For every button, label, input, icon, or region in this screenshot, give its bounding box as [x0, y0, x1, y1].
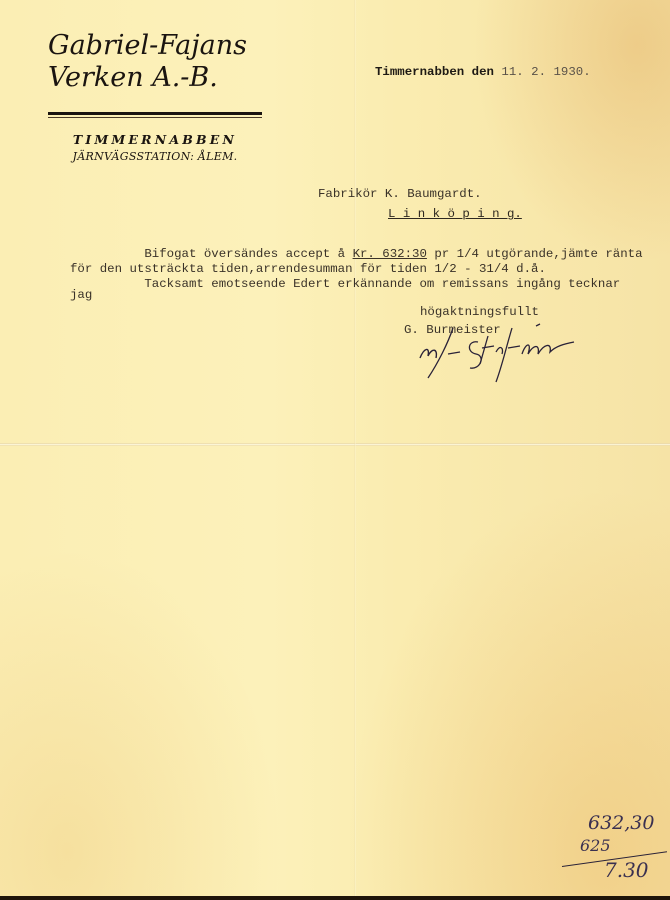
- dateline-place: Timmernabben den: [375, 65, 494, 79]
- letterhead-rule: [48, 112, 262, 115]
- recipient-name: Fabrikör K. Baumgardt.: [318, 187, 482, 201]
- letterhead-station: JÄRNVÄGSSTATION: ÅLEM.: [48, 150, 262, 163]
- dateline-date: 11. 2. 1930.: [501, 65, 590, 79]
- company-letterhead: Gabriel-Fajans Verken A.-B.: [48, 30, 268, 94]
- horizontal-fold-crease: [0, 443, 670, 446]
- accept-amount: Kr. 632:30: [353, 247, 427, 261]
- vertical-fold-crease: [354, 0, 356, 896]
- paper-bottom-edge: [0, 896, 670, 900]
- company-name-line2: Verken A.-B.: [48, 62, 268, 94]
- letterhead-rule-thin: [48, 117, 262, 118]
- body-line-3: Tacksamt emotseende Edert erkännande om …: [70, 277, 620, 291]
- recipient-city: L i n k ö p i n g.: [388, 207, 522, 221]
- body-line-1: Bifogat översändes accept å Kr. 632:30 p…: [70, 247, 643, 261]
- body-line-1-text: Bifogat översändes accept å: [70, 247, 353, 261]
- body-line-1-rest: pr 1/4 utgörande,jämte ränta: [427, 247, 643, 261]
- body-line-2: för den utsträckta tiden,arrendesumman f…: [70, 262, 546, 276]
- closing-salutation: högaktningsfullt: [420, 305, 539, 319]
- company-name-line1: Gabriel-Fajans: [48, 30, 268, 62]
- dateline: Timmernabben den 11. 2. 1930.: [375, 65, 591, 79]
- handwritten-calc-line2: 625: [580, 836, 611, 855]
- letterhead-town: TIMMERNABBEN: [48, 132, 262, 147]
- handwritten-signature: [408, 318, 588, 388]
- handwritten-calc-line1: 632,30: [588, 812, 654, 834]
- body-line-4: jag: [70, 288, 92, 302]
- handwritten-calc-result: 7.30: [604, 858, 649, 882]
